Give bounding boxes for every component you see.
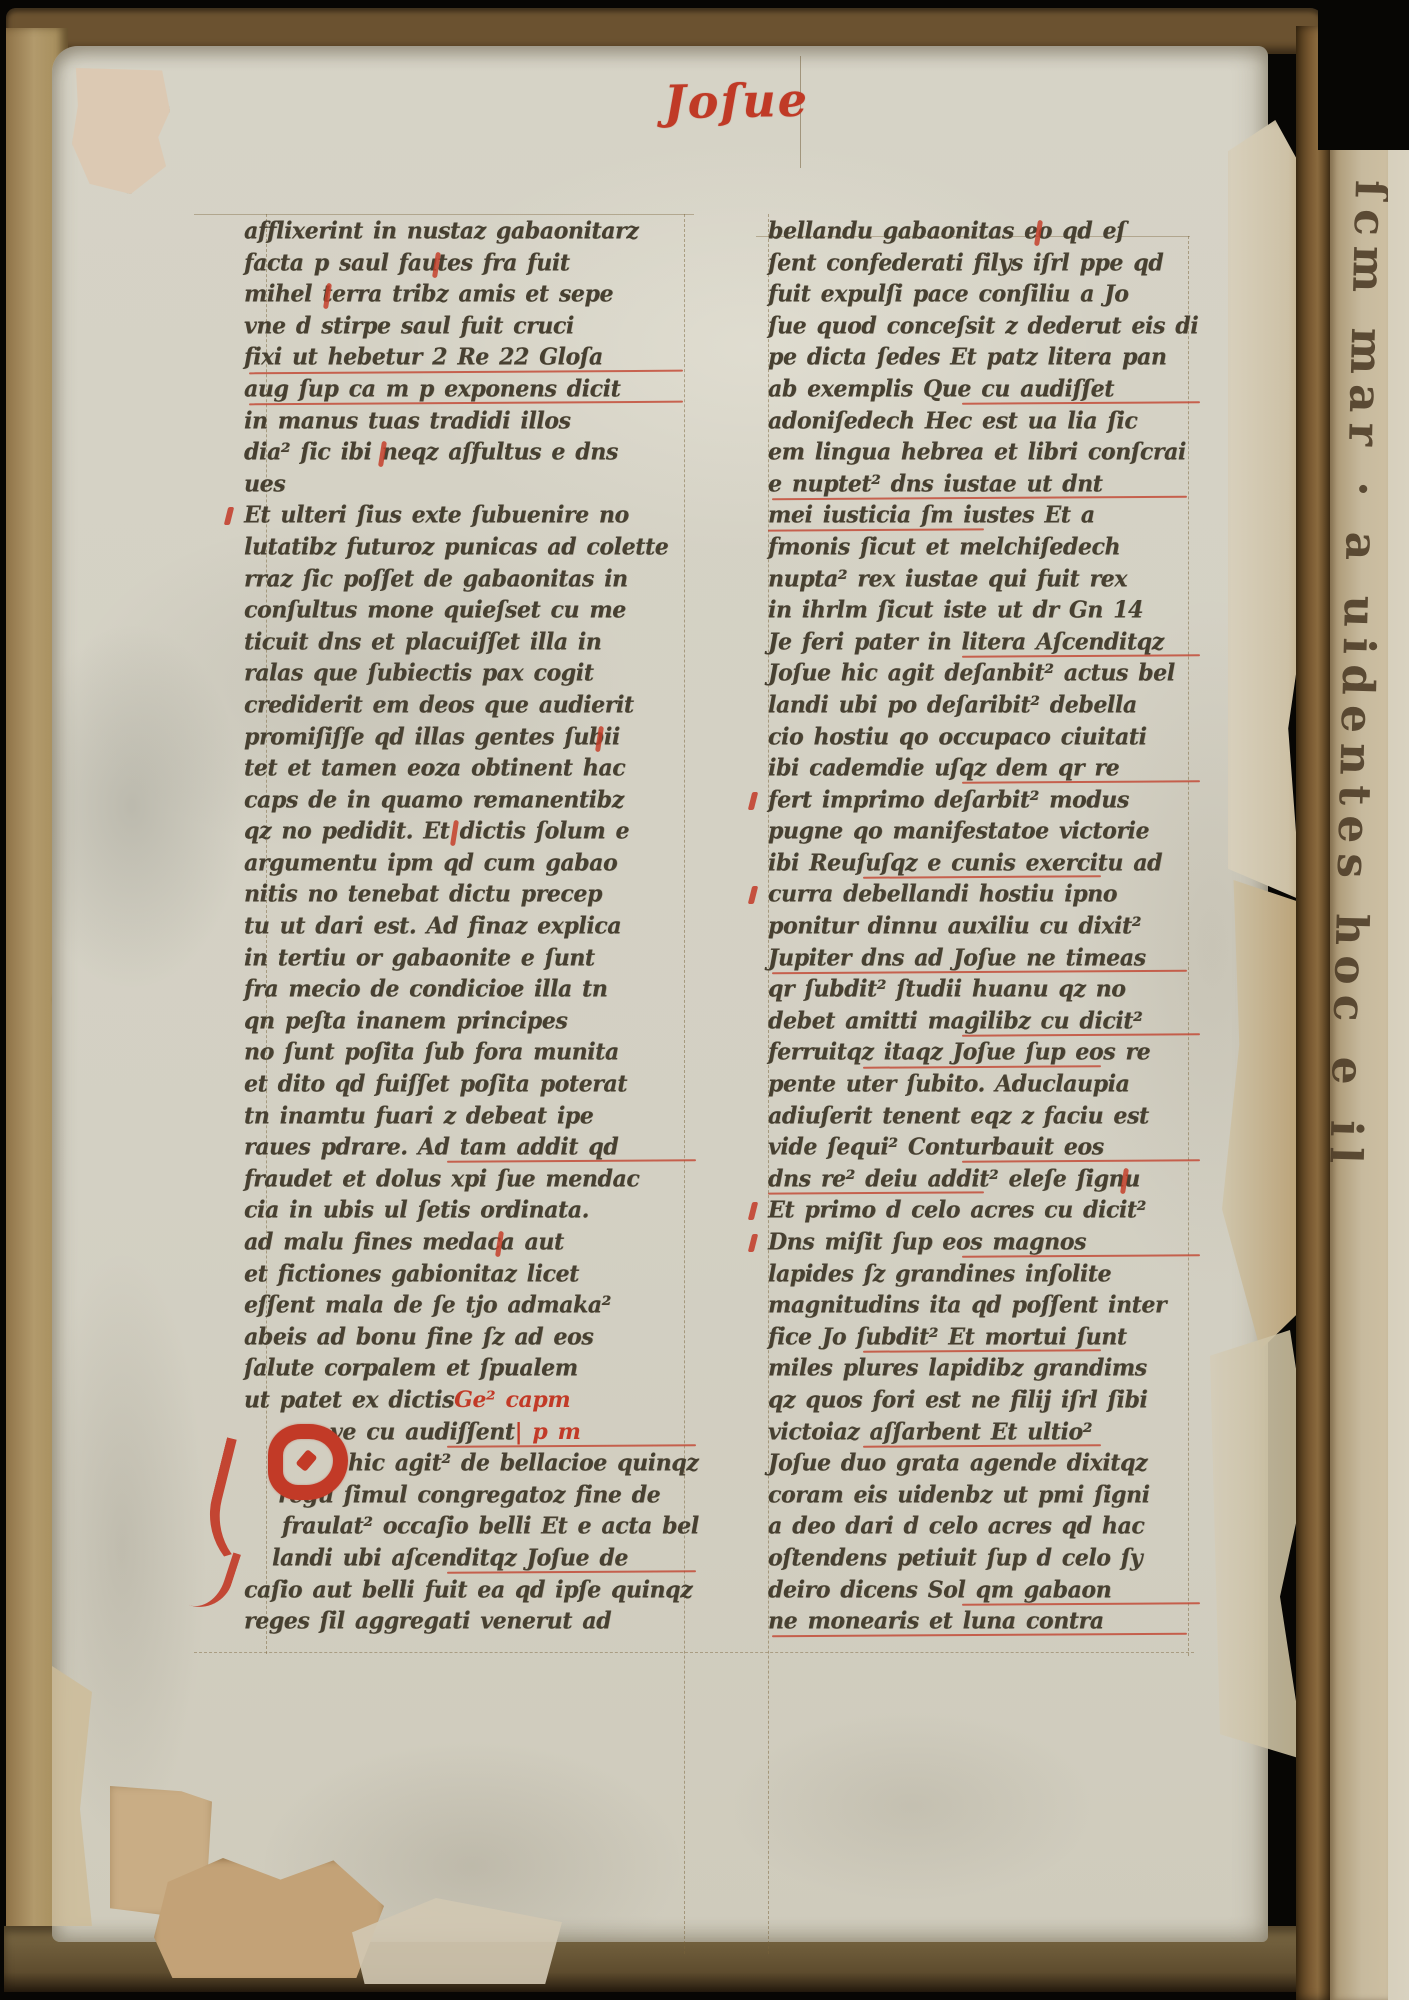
line-text: ibi Reuſuſqz e cunis exercitu ad (768, 849, 1162, 876)
parchment-page: Joſue afflixerint in nustaz gabaonitarzf… (52, 46, 1268, 1942)
manuscript-line: raues pdrare. Ad tam addit qd (244, 1134, 696, 1166)
line-text: ut patet ex dictis (244, 1386, 454, 1413)
text-column-right: bellandu gabaonitas eo qd eſſent confede… (768, 218, 1200, 1640)
line-text: nupta² rex iustae qui fuit rex (768, 565, 1127, 592)
manuscript-line: e nuptet² dns iustae ut dnt (768, 471, 1200, 503)
line-text: fert imprimo deſarbit² modus (768, 786, 1129, 813)
manuscript-line: adiuſerit tenent eqz z faciu est (768, 1103, 1200, 1135)
line-text: afflixerint in nustaz gabaonitarz (244, 217, 638, 244)
manuscript-line: no ſunt poſita ſub fora munita (244, 1039, 696, 1071)
line-text: eſſent mala de ſe tjo admaka² (244, 1292, 611, 1319)
line-text: rraz ſic poſſet de gabaonitas in (244, 565, 628, 592)
line-text: ne monearis et luna contra (768, 1608, 1104, 1635)
waste-leaf-gothic-text: ſcm mar · a uidentes hoc e il (1330, 180, 1388, 1175)
line-text: promiſiſſe qd illas gentes ſubii (244, 723, 620, 750)
manuscript-line: tn inamtu fuari z debeat ipe (244, 1103, 696, 1135)
manuscript-line: bellandu gabaonitas eo qd eſ (768, 218, 1200, 250)
line-text: fraudet et dolus xpi ſue mendac (244, 1165, 639, 1192)
manuscript-line: abeis ad bonu fine ſz ad eos (244, 1324, 696, 1356)
manuscript-line: pugne qo manifestatoe victorie (768, 818, 1200, 850)
manuscript-line: magnitudins ita qd poſſent inter (768, 1292, 1200, 1324)
manuscript-line: Je feri pater in litera Aſcenditqz (768, 629, 1200, 661)
line-text: fraulat² occaſio belli Et e acta bel (282, 1513, 699, 1540)
manuscript-line: aug ſup ca m p exponens dicit (244, 376, 696, 408)
line-text: ponitur dinnu auxiliu cu dixit² (768, 913, 1141, 940)
manuscript-line: Joſue duo grata agende dixitqz (768, 1450, 1200, 1482)
line-text: magnitudins ita qd poſſent inter (768, 1292, 1166, 1319)
manuscript-line: ſent confederati filys iſrl ppe qd (768, 250, 1200, 282)
manuscript-line: dia² ſic ibi neqz aſfultus e dns (244, 439, 696, 471)
manuscript-line: adoniſedech Hec est ua lia ſic (768, 408, 1200, 440)
manuscript-line: Dns miſit ſup eos magnos (768, 1229, 1200, 1261)
manuscript-line: ibi cademdie uſqz dem qr re (768, 755, 1200, 787)
background-corner (1318, 0, 1409, 150)
line-text: qn peſta inanem principes (244, 1007, 567, 1034)
line-text: miles plures lapidibz grandims (768, 1355, 1147, 1382)
line-text: fice Jo ſubdit² Et mortui ſunt (768, 1323, 1127, 1350)
line-text: pugne qo manifestatoe victorie (768, 818, 1149, 845)
manuscript-line: ſalute corpalem et ſpualem (244, 1355, 696, 1387)
torn-paper-bottom (154, 1858, 384, 1978)
manuscript-line: Joſue hic agit deſanbit² actus bel (768, 660, 1200, 692)
line-text: pe dicta ſedes Et patz litera pan (768, 344, 1167, 371)
line-text: fixi ut hebetur 2 Re 22 Gloſa (244, 344, 603, 371)
line-text: deiro dicens Sol qm gabaon (768, 1576, 1111, 1603)
ruling-line-bottom (194, 1652, 1194, 1654)
line-text: aug ſup ca m p exponens dicit (244, 375, 620, 402)
line-text: e nuptet² dns iustae ut dnt (768, 470, 1102, 497)
manuscript-line: nitis no tenebat dictu precep (244, 881, 696, 913)
manuscript-line: rraz ſic poſſet de gabaonitas in (244, 566, 696, 598)
line-text: vne d stirpe saul fuit cruci (244, 312, 574, 339)
manuscript-line: deiro dicens Sol qm gabaon (768, 1577, 1200, 1609)
manuscript-line: argumentu ipm qd cum gabao (244, 850, 696, 882)
margin-flourish (189, 1544, 241, 1615)
manuscript-line: fra mecio de condicioe illa tn (244, 976, 696, 1008)
manuscript-line: mei iusticia ſm iustes Et a (768, 502, 1200, 534)
line-text: in manus tuas tradidi illos (244, 407, 571, 434)
manuscript-line: landi ubi po deſaribit² debella (768, 692, 1200, 724)
manuscript-line: qr ſubdit² ſtudii huanu qz no (768, 976, 1200, 1008)
manuscript-line: qn peſta inanem principes (244, 1008, 696, 1040)
manuscript-line: landi ubi aſcenditqz Joſue de (244, 1545, 696, 1577)
manuscript-line: ticuit dns et placuiſſet illa in (244, 629, 696, 661)
manuscript-line: et dito qd fuiſſet poſita poterat (244, 1071, 696, 1103)
manuscript-line: ponitur dinnu auxiliu cu dixit² (768, 913, 1200, 945)
manuscript-line: caps de in quamo remanentibz (244, 787, 696, 819)
manuscript-line: fice Jo ſubdit² Et mortui ſunt (768, 1324, 1200, 1356)
manuscript-line: fraudet et dolus xpi ſue mendac (244, 1166, 696, 1198)
manuscript-line: caſio aut belli fuit ea qd ipſe quinqz (244, 1577, 696, 1609)
manuscript-line: Et primo d celo acres cu dicit² (768, 1197, 1200, 1229)
line-text: debet amitti magilibz cu dicit² (768, 1007, 1142, 1034)
line-text: qz no pedidit. Et dictis ſolum e (244, 818, 629, 845)
manuscript-line: victoiaz aſſarbent Et ultio² (768, 1419, 1200, 1451)
line-text: fuit expulſi pace conſiliu a Jo (768, 281, 1129, 308)
line-text: mihel terra tribz amis et sepe (244, 281, 613, 308)
manuscript-line: cio hostiu qo occupaco ciuitati (768, 724, 1200, 756)
line-text: adoniſedech Hec est ua lia ſic (768, 407, 1137, 434)
manuscript-line: curra debellandi hostiu ipno (768, 881, 1200, 913)
line-text: caps de in quamo remanentibz (244, 786, 624, 813)
manuscript-line: oſtendens petiuit ſup d celo ſy (768, 1545, 1200, 1577)
line-text: Joſue hic agit deſanbit² actus bel (768, 660, 1175, 687)
manuscript-photo: Joſue afflixerint in nustaz gabaonitarzf… (0, 0, 1409, 2000)
rubric-text: Ge² capm (454, 1387, 570, 1413)
line-text: Dns miſit ſup eos magnos (768, 1228, 1086, 1255)
manuscript-line: vide ſequi² Conturbauit eos (768, 1134, 1200, 1166)
line-text: lutatibz futuroz punicas ad colette (244, 533, 668, 560)
line-text: cia in ubis ul ſetis ordinata. (244, 1197, 589, 1224)
line-text: qz quos fori est ne filij iſrl ſibi (768, 1386, 1147, 1413)
line-text: et fictiones gabionitaz licet (244, 1260, 579, 1287)
manuscript-line: miles plures lapidibz grandims (768, 1355, 1200, 1387)
torn-edge-lower (1210, 1330, 1310, 1760)
line-text: mei iusticia ſm iustes Et a (768, 502, 1095, 529)
manuscript-line: ſue quod conceſsit z dederut eis di (768, 313, 1200, 345)
manuscript-line: tet et tamen eoza obtinent hac (244, 755, 696, 787)
line-text: raues pdrare. Ad tam addit qd (244, 1134, 618, 1161)
line-text: lapides ſz grandines inſolite (768, 1260, 1111, 1287)
manuscript-line: coram eis uidenbz ut pmi ſigni (768, 1482, 1200, 1514)
manuscript-line: cia in ubis ul ſetis ordinata. (244, 1197, 696, 1229)
line-text: reges ſil aggregati venerut ad (244, 1608, 611, 1635)
line-text: ralas que ſubiectis pax cogit (244, 660, 593, 687)
line-text: caſio aut belli fuit ea qd ipſe quinqz (244, 1576, 692, 1603)
line-text: in tertiu or gabaonite e ſunt (244, 944, 595, 971)
manuscript-line: reges ſil aggregati venerut ad (244, 1608, 696, 1640)
line-text: fra mecio de condicioe illa tn (244, 976, 607, 1003)
line-text: ſue quod conceſsit z dederut eis di (768, 312, 1198, 339)
line-text: nitis no tenebat dictu precep (244, 881, 602, 908)
line-text: ticuit dns et placuiſſet illa in (244, 628, 601, 655)
manuscript-line: in manus tuas tradidi illos (244, 408, 696, 440)
line-text: tu ut dari est. Ad finaz explica (244, 913, 621, 940)
line-text: Et primo d celo acres cu dicit² (768, 1197, 1146, 1224)
line-text: ferruitqz itaqz Joſue ſup eos re (768, 1039, 1150, 1066)
paper-fold-bottom (352, 1898, 562, 1984)
line-text: conſultus mone quieſset cu me (244, 597, 626, 624)
manuscript-line: pente uter ſubito. Aduclaupia (768, 1071, 1200, 1103)
manuscript-line: lutatibz futuroz punicas ad colette (244, 534, 696, 566)
line-text: Je feri pater in litera Aſcenditqz (768, 628, 1164, 655)
line-text: a deo dari d celo acres qd hac (768, 1513, 1144, 1540)
manuscript-line: ralas que ſubiectis pax cogit (244, 660, 696, 692)
manuscript-line: fmonis ſicut et melchiſedech (768, 534, 1200, 566)
manuscript-line: ibi Reuſuſqz e cunis exercitu ad (768, 850, 1200, 882)
manuscript-line: lapides ſz grandines inſolite (768, 1261, 1200, 1293)
manuscript-line: ut patet ex dictis Ge² capm (244, 1387, 696, 1419)
line-text: landi ubi aſcenditqz Joſue de (272, 1544, 628, 1571)
line-text: facta p saul fautes fra fuit (244, 249, 570, 276)
line-text: curra debellandi hostiu ipno (768, 881, 1117, 908)
line-text: ſent confederati filys iſrl ppe qd (768, 249, 1163, 276)
line-text: cio hostiu qo occupaco ciuitati (768, 723, 1147, 750)
line-text: pente uter ſubito. Aduclaupia (768, 1071, 1129, 1098)
manuscript-line: debet amitti magilibz cu dicit² (768, 1008, 1200, 1040)
manuscript-line: crediderit em deos que audierit (244, 692, 696, 724)
repair-patch-top-left (72, 68, 170, 194)
manuscript-line: dns re² deiu addit² eleſe ſignu (768, 1166, 1200, 1198)
manuscript-line: fixi ut hebetur 2 Re 22 Gloſa (244, 344, 696, 376)
manuscript-line: a deo dari d celo acres qd hac (768, 1513, 1200, 1545)
line-text: no ſunt poſita ſub fora munita (244, 1039, 619, 1066)
manuscript-line: et fictiones gabionitaz licet (244, 1261, 696, 1293)
line-text: fmonis ſicut et melchiſedech (768, 533, 1120, 560)
line-text: in ihrlm ſicut iste ut dr Gn 14 (768, 597, 1143, 624)
line-text: hic agit² de bellacioe quinqz (348, 1450, 698, 1477)
line-text: Joſue duo grata agende dixitqz (768, 1450, 1147, 1477)
line-text: ſalute corpalem et ſpualem (244, 1355, 578, 1382)
line-text: ues (244, 470, 285, 497)
manuscript-line: em lingua hebrea et libri conſcrai (768, 439, 1200, 471)
line-text: crediderit em deos que audierit (244, 691, 634, 718)
manuscript-line: in tertiu or gabaonite e ſunt (244, 945, 696, 977)
torn-paper-left (52, 1666, 92, 1926)
line-text: ibi cademdie uſqz dem qr re (768, 755, 1119, 782)
manuscript-line: Et ulteri ſius exte ſubuenire no (244, 502, 696, 534)
line-text: Et ulteri ſius exte ſubuenire no (244, 502, 629, 529)
line-text: adiuſerit tenent eqz z faciu est (768, 1102, 1149, 1129)
line-text: em lingua hebrea et libri conſcrai (768, 439, 1186, 466)
manuscript-line: fuit expulſi pace conſiliu a Jo (768, 281, 1200, 313)
running-header: Joſue (664, 73, 810, 130)
manuscript-line: afflixerint in nustaz gabaonitarz (244, 218, 696, 250)
manuscript-line: conſultus mone quieſset cu me (244, 597, 696, 629)
line-text: tet et tamen eoza obtinent hac (244, 755, 625, 782)
manuscript-line: mihel terra tribz amis et sepe (244, 281, 696, 313)
manuscript-line: ferruitqz itaqz Joſue ſup eos re (768, 1039, 1200, 1071)
line-text: ab exemplis Que cu audiſſet (768, 375, 1114, 402)
line-text: ad malu fines medaca aut (244, 1228, 564, 1255)
manuscript-line: eſſent mala de ſe tjo admaka² (244, 1292, 696, 1324)
initial-q-counter (295, 1449, 317, 1472)
waste-leaf-strip: ſcm mar · a uidentes hoc e il (1330, 140, 1388, 2000)
manuscript-line: ne monearis et luna contra (768, 1608, 1200, 1640)
line-text: oſtendens petiuit ſup d celo ſy (768, 1544, 1142, 1571)
ruling-line-top-left (194, 214, 694, 215)
manuscript-line: tu ut dari est. Ad finaz explica (244, 913, 696, 945)
line-text: dns re² deiu addit² eleſe ſignu (768, 1165, 1140, 1192)
manuscript-line: fert imprimo deſarbit² modus (768, 787, 1200, 819)
manuscript-line: qz no pedidit. Et dictis ſolum e (244, 818, 696, 850)
manuscript-line: ab exemplis Que cu audiſſet (768, 376, 1200, 408)
manuscript-line: ues (244, 471, 696, 503)
manuscript-line: ad malu fines medaca aut (244, 1229, 696, 1261)
line-text: Jupiter dns ad Joſue ne timeas (768, 944, 1146, 971)
line-text: tn inamtu fuari z debeat ipe (244, 1102, 593, 1129)
manuscript-line: Jupiter dns ad Joſue ne timeas (768, 945, 1200, 977)
binding-board-right (1296, 26, 1332, 2000)
line-text: ve cu audiſſent (330, 1418, 515, 1445)
manuscript-line: vne d stirpe saul fuit cruci (244, 313, 696, 345)
manuscript-line: pe dicta ſedes Et patz litera pan (768, 344, 1200, 376)
manuscript-line: facta p saul fautes fra fuit (244, 250, 696, 282)
line-text: abeis ad bonu fine ſz ad eos (244, 1323, 593, 1350)
line-text: dia² ſic ibi neqz aſfultus e dns (244, 439, 618, 466)
line-text: qr ſubdit² ſtudii huanu qz no (768, 976, 1126, 1003)
manuscript-line: in ihrlm ſicut iste ut dr Gn 14 (768, 597, 1200, 629)
line-text: landi ubi po deſaribit² debella (768, 691, 1137, 718)
line-text: vide ſequi² Conturbauit eos (768, 1134, 1104, 1161)
manuscript-line: qz quos fori est ne filij iſrl ſibi (768, 1387, 1200, 1419)
rubric-text: | p m (515, 1419, 581, 1445)
line-text: bellandu gabaonitas eo qd eſ (768, 217, 1125, 244)
line-text: coram eis uidenbz ut pmi ſigni (768, 1481, 1150, 1508)
line-text: victoiaz aſſarbent Et ultio² (768, 1418, 1092, 1445)
manuscript-line: nupta² rex iustae qui fuit rex (768, 566, 1200, 598)
manuscript-line: promiſiſſe qd illas gentes ſubii (244, 724, 696, 756)
line-text: et dito qd fuiſſet poſita poterat (244, 1071, 627, 1098)
manuscript-line: fraulat² occaſio belli Et e acta bel (244, 1513, 696, 1545)
line-text: argumentu ipm qd cum gabao (244, 849, 617, 876)
